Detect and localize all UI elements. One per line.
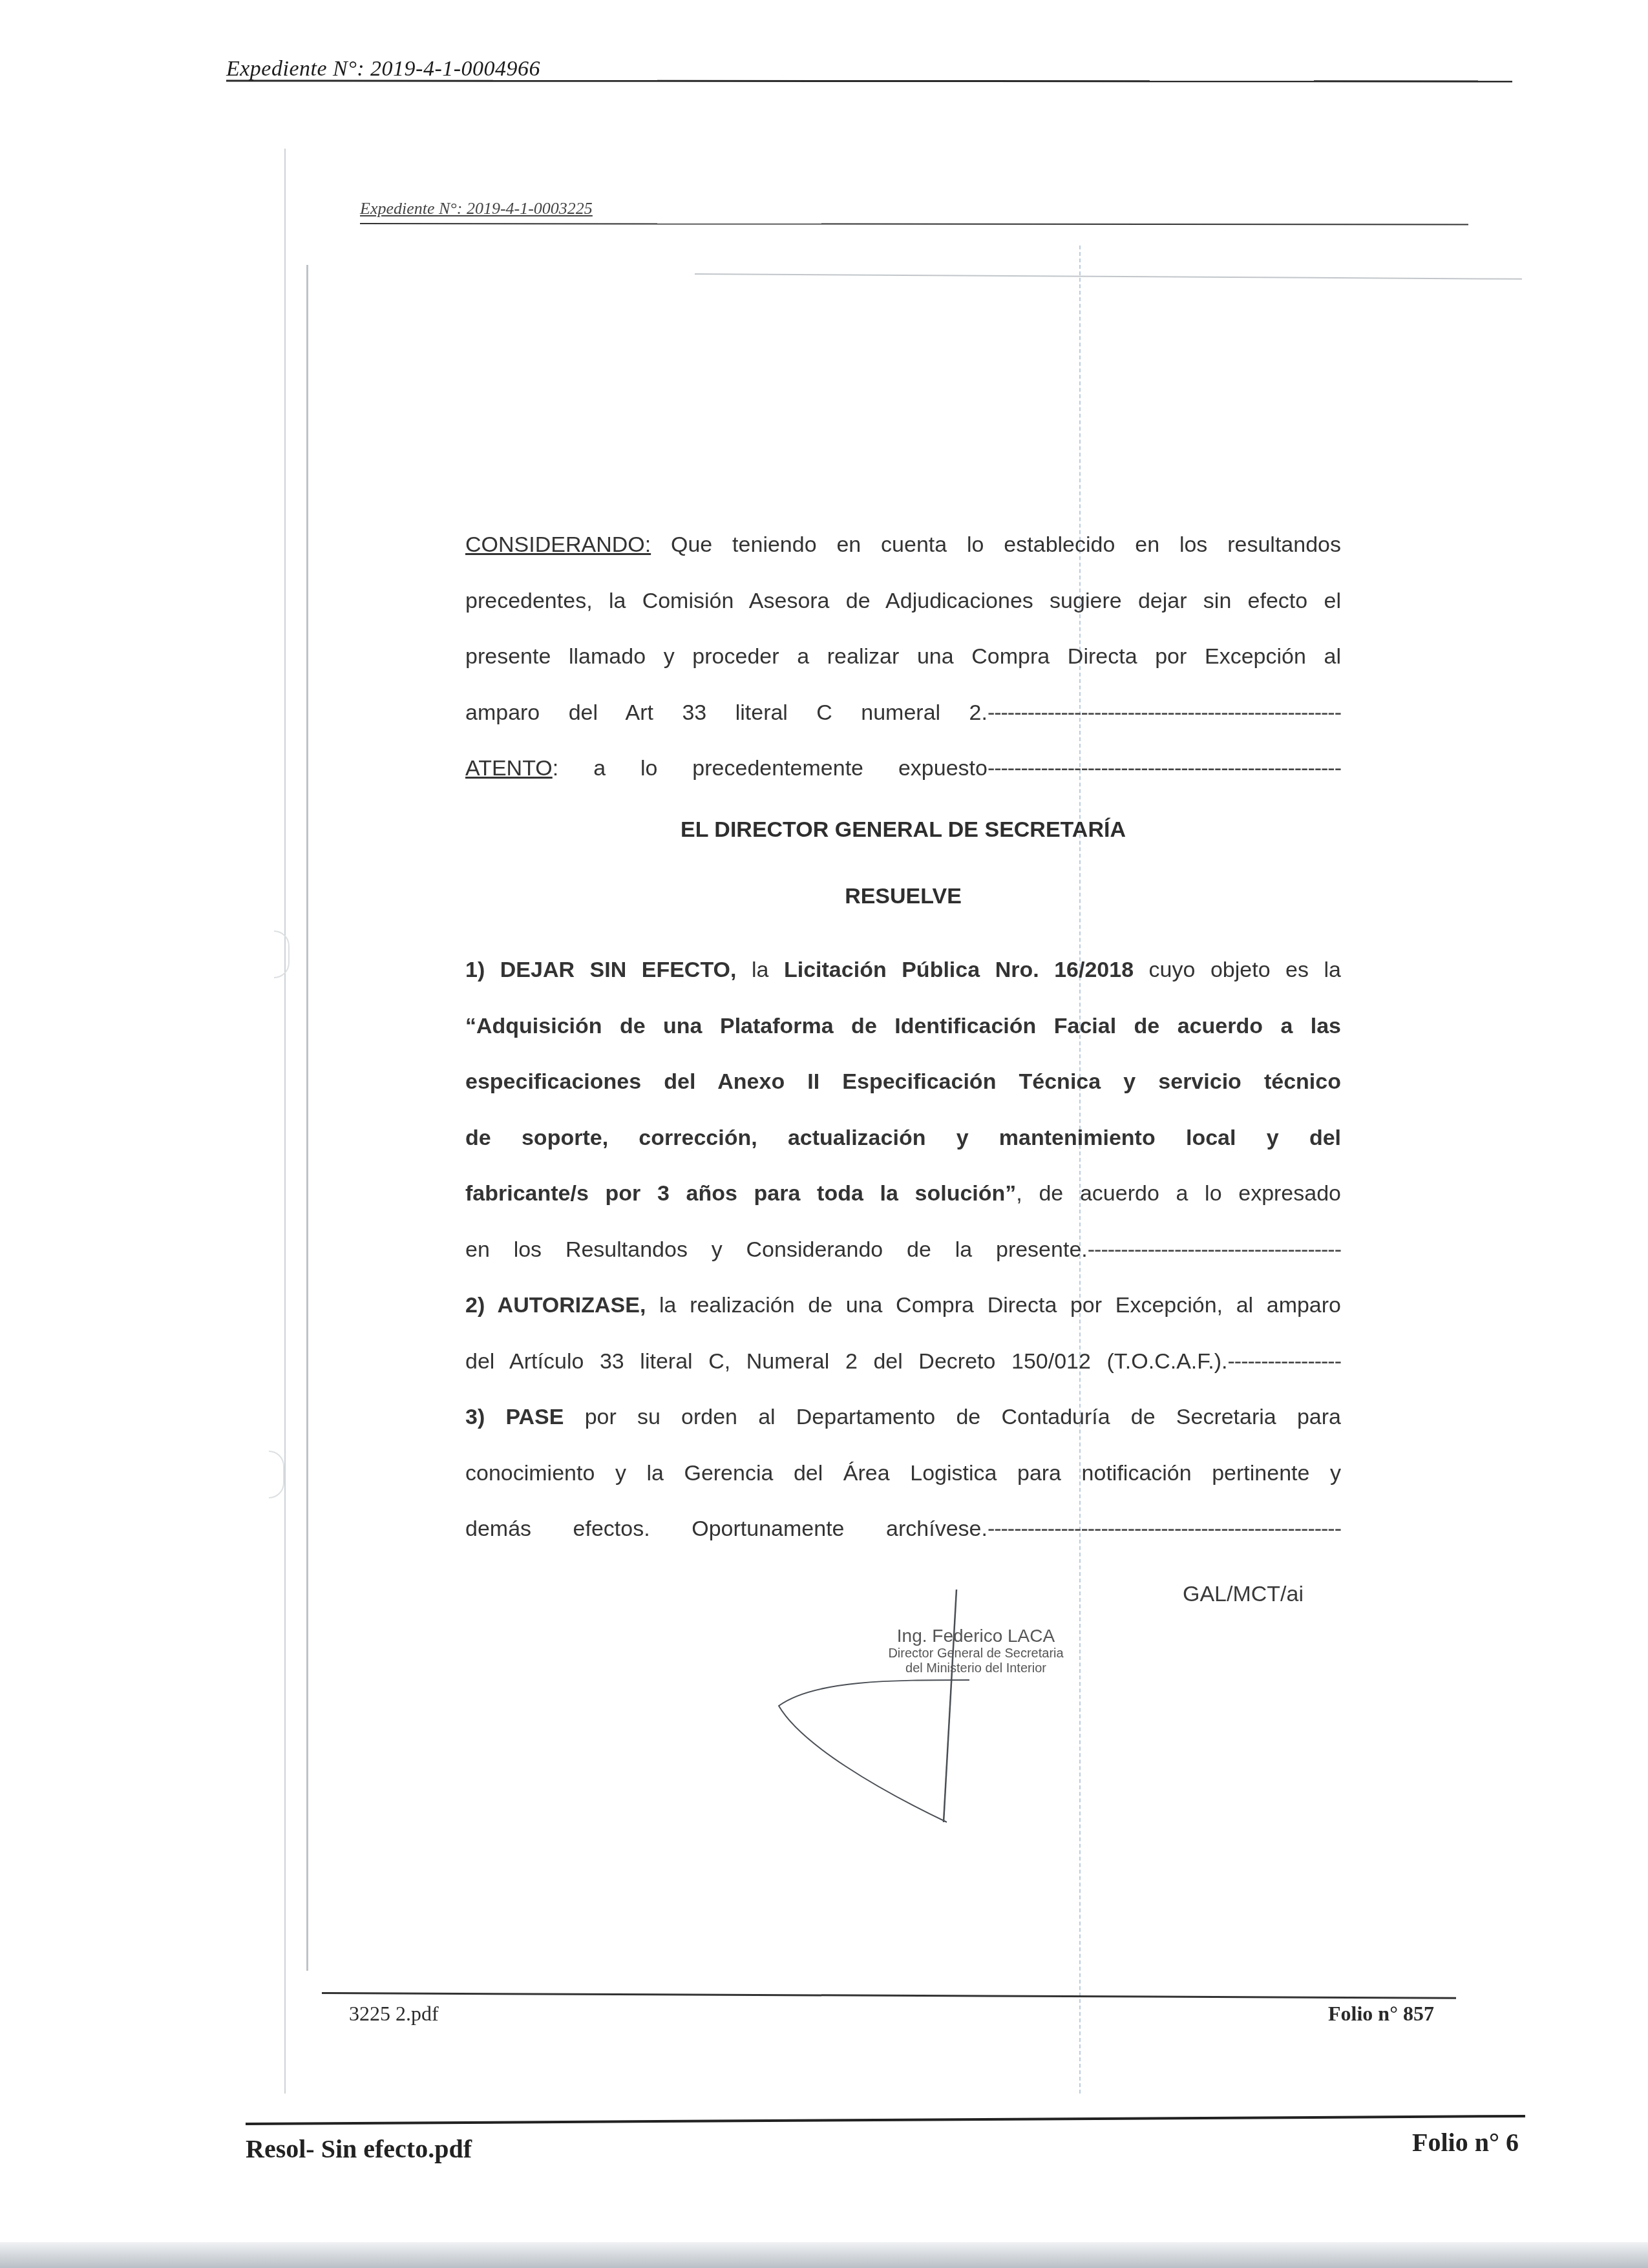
outer-expediente-number: Expediente N°: 2019-4-1-0004966 (226, 57, 540, 81)
item1-lead: 1) DEJAR SIN EFECTO, (465, 958, 736, 982)
considerando-label: CONSIDERANDO: (465, 532, 651, 557)
signer-name: Ing. Federico LACA (847, 1626, 1105, 1646)
outer-footer-folio: Folio n° 6 (1412, 2127, 1519, 2158)
inner-footer-filename: 3225 2.pdf (349, 2002, 439, 2026)
atento-label: ATENTO (465, 756, 553, 781)
considerando-line: precedentes, la Comisión Asesora de Adju… (465, 573, 1341, 629)
atento-line: ATENTO: a lo precedentemente expuesto---… (465, 740, 1341, 797)
item1-line: especificaciones del Anexo II Especifica… (465, 1054, 1341, 1110)
initials: GAL/MCT/ai (1183, 1582, 1304, 1607)
considerando-line: CONSIDERANDO: Que teniendo en cuenta lo … (465, 517, 1341, 573)
resolution-items: 1) DEJAR SIN EFECTO, la Licitación Públi… (465, 942, 1341, 1557)
resuelve-heading: RESUELVE (465, 884, 1341, 909)
inner-left-margin-rule (306, 265, 308, 1971)
outer-footer-filename: Resol- Sin efecto.pdf (246, 2134, 472, 2164)
signature-stamp: Ing. Federico LACA Director General de S… (847, 1626, 1105, 1676)
item1-line: 1) DEJAR SIN EFECTO, la Licitación Públi… (465, 942, 1341, 998)
considerando-line: amparo del Art 33 literal C numeral 2.--… (465, 685, 1341, 741)
item3-line: 3) PASE por su orden al Departamento de … (465, 1389, 1341, 1445)
signature-icon (763, 1577, 1099, 1835)
punch-hole-mark (269, 1451, 284, 1498)
outer-footer-rule (246, 2115, 1525, 2125)
item2-line: 2) AUTORIZASE, la realización de una Com… (465, 1277, 1341, 1334)
item2-lead: 2) AUTORIZASE, (465, 1293, 646, 1318)
item3-line: conocimiento y la Gerencia del Área Logi… (465, 1445, 1341, 1502)
signer-role: Director General de Secretaria (847, 1646, 1105, 1661)
item1-line: fabricante/s por 3 años para toda la sol… (465, 1166, 1341, 1222)
considerando-paragraph: CONSIDERANDO: Que teniendo en cuenta lo … (465, 517, 1341, 797)
inner-footer-folio: Folio n° 857 (1328, 2002, 1434, 2026)
outer-header-rule (226, 79, 1512, 82)
inner-expediente-number: Expediente N°: 2019-4-1-0003225 (360, 199, 593, 218)
item1-line: de soporte, corrección, actualización y … (465, 1110, 1341, 1166)
item1-line: en los Resultandos y Considerando de la … (465, 1222, 1341, 1278)
item1-line: “Adquisición de una Plataforma de Identi… (465, 998, 1341, 1055)
scan-edge-shadow (0, 2242, 1648, 2268)
signer-ministry: del Ministerio del Interior (847, 1661, 1105, 1676)
director-heading: EL DIRECTOR GENERAL DE SECRETARÍA (465, 817, 1341, 843)
item3-lead: 3) PASE (465, 1405, 564, 1429)
considerando-line: presente llamado y proceder a realizar u… (465, 629, 1341, 685)
item2-line: del Artículo 33 literal C, Numeral 2 del… (465, 1334, 1341, 1390)
item3-line: demás efectos. Oportunamente archívese.-… (465, 1501, 1341, 1557)
